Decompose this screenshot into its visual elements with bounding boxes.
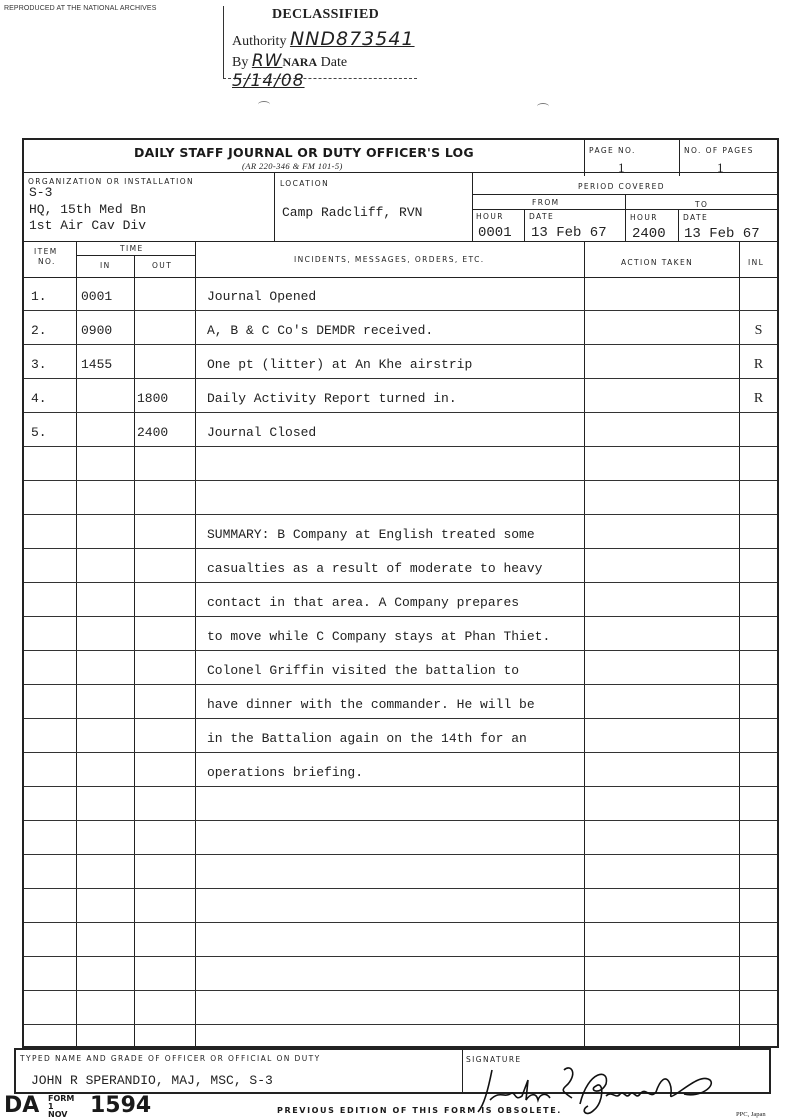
- time-in: [81, 889, 133, 922]
- log-row: have dinner with the commander. He will …: [24, 685, 777, 719]
- time-in: [81, 991, 133, 1024]
- time-out: [137, 719, 195, 752]
- log-row: in the Battalion again on the 14th for a…: [24, 719, 777, 753]
- action-taken: [587, 583, 737, 616]
- action-taken: [587, 889, 737, 922]
- form-subtitle: (AR 220-346 & FM 101-5): [242, 161, 343, 171]
- log-row: [24, 923, 777, 957]
- incident-text: One pt (litter) at An Khe airstrip: [207, 345, 592, 378]
- initials: [740, 991, 777, 1024]
- authority-label: Authority: [232, 34, 286, 49]
- time-header: TIME: [120, 244, 144, 253]
- log-row: casualties as a result of moderate to he…: [24, 549, 777, 583]
- time-out-header: OUT: [152, 261, 172, 270]
- by-initials: RW: [252, 51, 283, 71]
- item-no: [31, 957, 81, 990]
- incident-text: Journal Opened: [207, 277, 592, 310]
- log-row: 4. 1800 Daily Activity Report turned in.…: [24, 379, 777, 413]
- initials: [740, 413, 777, 446]
- period-covered-label: PERIOD COVERED: [578, 182, 665, 191]
- item-no: [31, 719, 81, 752]
- time-in: [81, 515, 133, 548]
- log-row: [24, 889, 777, 923]
- divider: [625, 194, 626, 241]
- location-label: LOCATION: [280, 179, 329, 188]
- time-in: [81, 821, 133, 854]
- time-in: [81, 651, 133, 684]
- log-row: to move while C Company stays at Phan Th…: [24, 617, 777, 651]
- time-out: 2400: [137, 413, 195, 446]
- initials: [740, 651, 777, 684]
- initials: [740, 447, 777, 480]
- duty-officer-log-form: DAILY STAFF JOURNAL OR DUTY OFFICER'S LO…: [22, 138, 779, 1048]
- log-row: [24, 991, 777, 1025]
- time-out: [137, 991, 195, 1024]
- authority-value: NND873541: [290, 28, 415, 50]
- initials: [740, 481, 777, 514]
- item-no: [31, 753, 81, 786]
- action-taken: [587, 685, 737, 718]
- from-date-label: DATE: [529, 212, 554, 221]
- action-taken-header: ACTION TAKEN: [621, 258, 693, 267]
- divider: [584, 140, 585, 176]
- time-out: [137, 515, 195, 548]
- action-taken: [587, 277, 737, 310]
- to-hour-label: HOUR: [630, 213, 658, 222]
- initials: [740, 549, 777, 582]
- inl-header: INL: [748, 258, 764, 267]
- incident-text: [207, 991, 592, 1024]
- time-in: [81, 753, 133, 786]
- incident-text: [207, 447, 592, 480]
- item-no: 5.: [31, 413, 81, 446]
- initials: [740, 583, 777, 616]
- item-no: 2.: [31, 311, 81, 344]
- organization-label: ORGANIZATION OR INSTALLATION: [28, 177, 194, 186]
- initials: [740, 957, 777, 990]
- initials: [740, 923, 777, 956]
- action-taken: [587, 991, 737, 1024]
- by-line: By RWNARA Date 5/14/08: [232, 51, 417, 91]
- initials: [740, 617, 777, 650]
- incident-text: [207, 889, 592, 922]
- time-out: [137, 345, 195, 378]
- log-row: 5. 2400 Journal Closed: [24, 413, 777, 447]
- officer-name: JOHN R SPERANDIO, MAJ, MSC, S-3: [31, 1073, 273, 1088]
- time-in: [81, 923, 133, 956]
- log-row: SUMMARY: B Company at English treated so…: [24, 515, 777, 549]
- initials: [740, 277, 777, 310]
- divider: [462, 1050, 463, 1094]
- reproduced-note: REPRODUCED AT THE NATIONAL ARCHIVES: [4, 5, 156, 12]
- from-hour-value: 0001: [478, 225, 512, 241]
- punch-hole-mark: [537, 103, 549, 110]
- action-taken: [587, 923, 737, 956]
- action-taken: [587, 855, 737, 888]
- item-no: [31, 617, 81, 650]
- action-taken: [587, 447, 737, 480]
- time-out: [137, 923, 195, 956]
- punch-hole-mark: [258, 101, 270, 108]
- form-title: DAILY STAFF JOURNAL OR DUTY OFFICER'S LO…: [134, 145, 474, 160]
- time-in: [81, 549, 133, 582]
- item-no-header: NO.: [38, 257, 56, 266]
- action-taken: [587, 957, 737, 990]
- time-out: [137, 855, 195, 888]
- incident-text: [207, 957, 592, 990]
- log-row: [24, 957, 777, 991]
- action-taken: [587, 413, 737, 446]
- item-no: [31, 583, 81, 616]
- time-in: [81, 855, 133, 888]
- officer-label: TYPED NAME AND GRADE OF OFFICER OR OFFIC…: [20, 1054, 321, 1063]
- initials: [740, 753, 777, 786]
- action-taken: [587, 719, 737, 752]
- declassified-stamp: DECLASSIFIED Authority NND873541 By RWNA…: [223, 6, 417, 79]
- time-in: [81, 413, 133, 446]
- log-row: Colonel Griffin visited the battalion to: [24, 651, 777, 685]
- initials: R: [740, 379, 777, 412]
- divider: [274, 172, 275, 241]
- action-taken: [587, 345, 737, 378]
- time-out: [137, 617, 195, 650]
- summary-text: casualties as a result of moderate to he…: [207, 549, 592, 582]
- time-out: [137, 957, 195, 990]
- time-in: [81, 617, 133, 650]
- time-in: 0900: [81, 311, 133, 344]
- to-hour-value: 2400: [632, 226, 666, 242]
- incidents-header: INCIDENTS, MESSAGES, ORDERS, ETC.: [294, 255, 485, 264]
- log-row: 1. 0001 Journal Opened: [24, 277, 777, 311]
- time-out: 1800: [137, 379, 195, 412]
- divider: [524, 209, 525, 241]
- item-no: 4.: [31, 379, 81, 412]
- time-out: [137, 549, 195, 582]
- time-out: [137, 753, 195, 786]
- no-of-pages-label: NO. OF PAGES: [684, 146, 754, 155]
- item-no: [31, 515, 81, 548]
- item-no: [31, 821, 81, 854]
- time-out: [137, 787, 195, 820]
- time-in: [81, 481, 133, 514]
- declassified-title: DECLASSIFIED: [272, 7, 379, 23]
- time-in: [81, 787, 133, 820]
- summary-text: Colonel Griffin visited the battalion to: [207, 651, 592, 684]
- summary-text: contact in that area. A Company prepares: [207, 583, 592, 616]
- initials: [740, 515, 777, 548]
- to-date-value: 13 Feb 67: [684, 226, 760, 242]
- location-value: Camp Radcliff, RVN: [282, 205, 422, 220]
- initials: [740, 787, 777, 820]
- declass-date-value: 5/14/08: [232, 71, 305, 91]
- incident-text: Daily Activity Report turned in.: [207, 379, 592, 412]
- initials: [740, 889, 777, 922]
- item-no: [31, 991, 81, 1024]
- to-label: TO: [695, 200, 708, 209]
- time-in-header: IN: [100, 261, 111, 270]
- log-row: [24, 787, 777, 821]
- summary-text: SUMMARY: B Company at English treated so…: [207, 515, 592, 548]
- time-out: [137, 583, 195, 616]
- item-no: [31, 481, 81, 514]
- previous-edition-note: PREVIOUS EDITION OF THIS FORM IS OBSOLET…: [277, 1106, 562, 1115]
- action-taken: [587, 651, 737, 684]
- item-no: [31, 651, 81, 684]
- action-taken: [587, 481, 737, 514]
- organization-line-1: S-3: [29, 185, 52, 200]
- item-no: [31, 855, 81, 888]
- no-of-pages-value: 1: [717, 160, 724, 176]
- form-word-and-date: FORM 1 NOV 62: [48, 1095, 74, 1119]
- time-in: 0001: [81, 277, 133, 310]
- printer-note: PPC, Japan: [736, 1111, 766, 1118]
- incident-text: Journal Closed: [207, 413, 592, 446]
- initials: R: [740, 345, 777, 378]
- divider: [24, 172, 777, 173]
- action-taken: [587, 787, 737, 820]
- time-out: [137, 651, 195, 684]
- action-taken: [587, 379, 737, 412]
- item-no: 3.: [31, 345, 81, 378]
- nara-label: NARA: [282, 55, 317, 69]
- log-row: [24, 1025, 777, 1048]
- incident-text: A, B & C Co's DEMDR received.: [207, 311, 592, 344]
- summary-text: in the Battalion again on the 14th for a…: [207, 719, 592, 752]
- action-taken: [587, 617, 737, 650]
- from-hour-label: HOUR: [476, 212, 504, 221]
- summary-text: have dinner with the commander. He will …: [207, 685, 592, 718]
- summary-text: to move while C Company stays at Phan Th…: [207, 617, 592, 650]
- item-no: [31, 923, 81, 956]
- log-row: [24, 855, 777, 889]
- log-row: [24, 447, 777, 481]
- log-row: operations briefing.: [24, 753, 777, 787]
- time-in: [81, 719, 133, 752]
- date-label: Date: [321, 55, 347, 70]
- action-taken: [587, 549, 737, 582]
- item-no: [31, 685, 81, 718]
- incident-text: [207, 787, 592, 820]
- log-row: [24, 821, 777, 855]
- organization-line-3: 1st Air Cav Div: [29, 218, 146, 233]
- time-in: [81, 957, 133, 990]
- summary-text: operations briefing.: [207, 753, 592, 786]
- form-da: DA: [4, 1093, 39, 1118]
- initials: [740, 855, 777, 888]
- log-row: [24, 481, 777, 515]
- time-out: [137, 821, 195, 854]
- form-number: 1594: [90, 1093, 151, 1118]
- item-no: 1.: [31, 277, 81, 310]
- to-date-label: DATE: [683, 213, 708, 222]
- initials: [740, 719, 777, 752]
- from-date-value: 13 Feb 67: [531, 225, 607, 241]
- time-out: [137, 447, 195, 480]
- by-label: By: [232, 55, 248, 70]
- log-row: contact in that area. A Company prepares: [24, 583, 777, 617]
- divider: [678, 209, 679, 241]
- organization-line-2: HQ, 15th Med Bn: [29, 202, 146, 217]
- time-out: [137, 685, 195, 718]
- incident-text: [207, 923, 592, 956]
- initials: [740, 685, 777, 718]
- item-no: [31, 787, 81, 820]
- item-no: [31, 889, 81, 922]
- from-label: FROM: [532, 198, 560, 207]
- action-taken: [587, 311, 737, 344]
- page-no-value: 1: [618, 160, 625, 176]
- form-date: 1 NOV 62: [48, 1102, 67, 1119]
- item-no: [31, 447, 81, 480]
- incident-text: [207, 855, 592, 888]
- time-out: [137, 889, 195, 922]
- time-out: [137, 311, 195, 344]
- incident-text: [207, 481, 592, 514]
- time-out: [137, 277, 195, 310]
- time-in: [81, 447, 133, 480]
- divider: [24, 241, 777, 242]
- divider: [76, 255, 195, 256]
- time-in: [81, 379, 133, 412]
- log-row: 2. 0900 A, B & C Co's DEMDR received. S: [24, 311, 777, 345]
- time-in: [81, 583, 133, 616]
- time-out: [137, 481, 195, 514]
- incident-text: [207, 821, 592, 854]
- time-in: [81, 685, 133, 718]
- authority-line: Authority NND873541: [232, 28, 415, 50]
- divider: [679, 140, 680, 176]
- action-taken: [587, 753, 737, 786]
- initials: S: [740, 311, 777, 344]
- action-taken: [587, 821, 737, 854]
- action-taken: [587, 515, 737, 548]
- log-row: 3. 1455 One pt (litter) at An Khe airstr…: [24, 345, 777, 379]
- page-no-label: PAGE NO.: [589, 146, 636, 155]
- item-header: ITEM: [34, 247, 58, 256]
- time-in: 1455: [81, 345, 133, 378]
- item-no: [31, 549, 81, 582]
- divider: [472, 209, 777, 210]
- initials: [740, 821, 777, 854]
- divider: [472, 172, 473, 241]
